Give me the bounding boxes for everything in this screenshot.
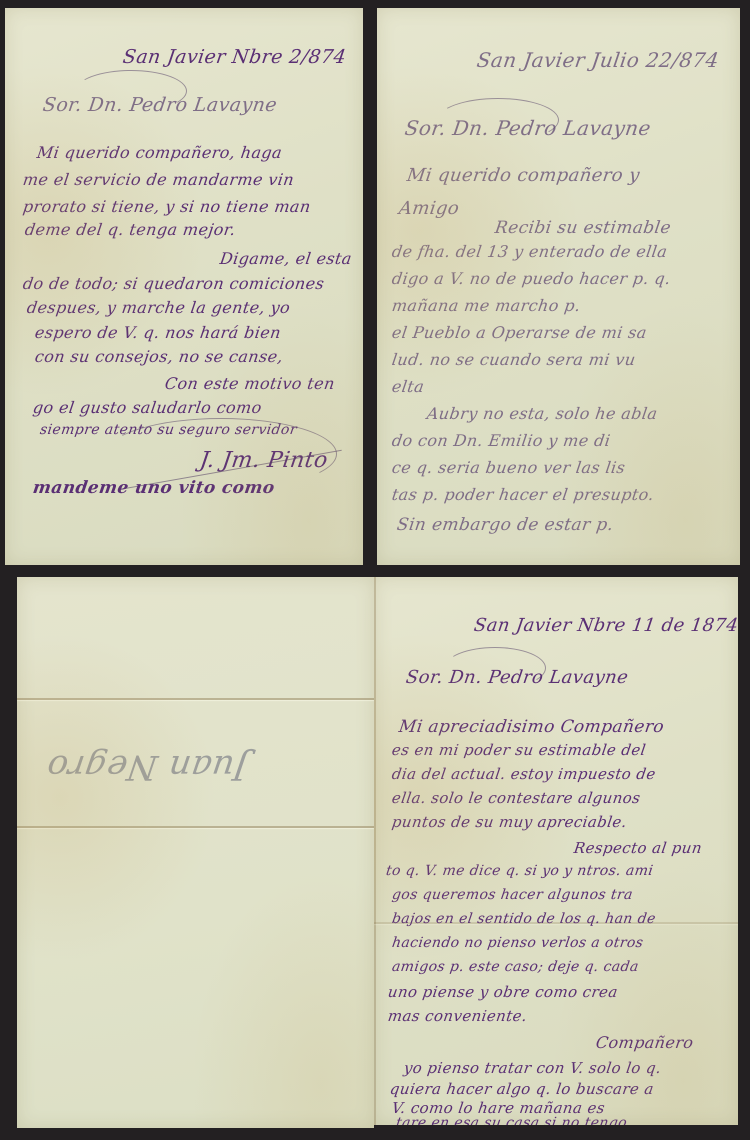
paper-fold-line	[17, 826, 374, 828]
letter-line: espero de V. q. nos hará bien	[34, 323, 283, 342]
letter-line: Con este motivo ten	[164, 374, 337, 393]
letter-line: el Pueblo a Operarse de mi sa	[391, 323, 649, 342]
letter-line: to q. V. me dice q. si yo y ntros. ami	[385, 863, 654, 879]
paper-fold-line	[374, 577, 376, 1125]
letter-page-bottom-left-reverse: Juan Negro	[17, 577, 374, 1128]
letter-line: Compañero	[595, 1033, 695, 1052]
letter-line: Aubry no esta, solo he abla	[426, 404, 659, 423]
letter-line: do con Dn. Emilio y me di	[391, 431, 612, 450]
letter-line: dia del actual. estoy impuesto de	[391, 765, 657, 783]
flourish-decoration	[75, 70, 187, 112]
letter-line: digo a V. no de puedo hacer p. q.	[391, 269, 672, 288]
letter-line: tare en esa su casa si no tengo	[395, 1115, 628, 1125]
letter-line: uno piense y obre como crea	[387, 983, 619, 1001]
pencil-inscription: Juan Negro	[44, 747, 250, 787]
letter-line: mas conveniente.	[387, 1007, 529, 1025]
letter-line: tas p. poder hacer el presupto.	[391, 485, 656, 504]
letter-date-heading: San Javier Julio 22/874	[475, 48, 720, 72]
letter-line: de fha. del 13 y enterado de ella	[391, 242, 669, 261]
letter-line: Mi querido compañero y	[406, 165, 642, 186]
letter-line: gos queremos hacer algunos tra	[391, 887, 634, 903]
letter-date-heading: San Javier Nbre 11 de 1874	[473, 615, 738, 636]
letter-line: Sin embargo de estar p.	[396, 515, 615, 535]
letter-line: quiera hacer algo q. lo buscare a	[389, 1080, 655, 1098]
letter-date-heading: San Javier Nbre 2/874	[121, 46, 347, 68]
letter-line: bajos en el sentido de los q. han de	[391, 911, 657, 927]
letter-line: elta	[391, 377, 426, 396]
letter-line: prorato si tiene, y si no tiene man	[22, 197, 312, 216]
letter-line: despues, y marche la gente, yo	[26, 298, 292, 317]
letter-line: Digame, el esta	[219, 249, 354, 268]
letter-line: haciendo no pienso verlos a otros	[391, 935, 645, 951]
letter-line: amigos p. este caso; deje q. cada	[391, 959, 640, 975]
flourish-decoration	[437, 98, 559, 142]
letter-postscript: mandeme uno vito como	[32, 478, 276, 498]
letter-line: me el servicio de mandarme vin	[22, 170, 296, 189]
letter-page-top-left: San Javier Nbre 2/874 Sor. Dn. Pedro Lav…	[5, 8, 363, 565]
paper-fold-line	[17, 698, 374, 700]
letter-line: do de todo; si quedaron comiciones	[22, 274, 326, 293]
letter-page-top-right: San Javier Julio 22/874 Sor. Dn. Pedro L…	[377, 8, 740, 565]
flourish-decoration	[444, 647, 546, 689]
letter-line: Respecto al pun	[573, 839, 704, 857]
letter-line: ella. solo le contestare algunos	[391, 789, 642, 807]
letter-line: deme del q. tenga mejor.	[24, 220, 237, 239]
letter-line: ce q. seria bueno ver las lis	[391, 458, 627, 477]
letter-line: puntos de su muy apreciable.	[391, 813, 628, 831]
letter-line: Mi apreciadisimo Compañero	[398, 717, 666, 737]
letter-line: Recibi su estimable	[494, 218, 673, 238]
letter-page-bottom-right: San Javier Nbre 11 de 1874 Sor. Dn. Pedr…	[374, 577, 738, 1125]
signature: J. Jm. Pinto	[198, 448, 329, 473]
letter-line: mañana me marcho p.	[391, 296, 582, 315]
letter-line: Amigo	[398, 198, 461, 219]
letter-line: con su consejos, no se canse,	[34, 347, 285, 366]
letter-line: Mi querido compañero, haga	[36, 143, 284, 162]
letter-line: yo pienso tratar con V. solo lo q.	[403, 1059, 663, 1077]
letter-line: lud. no se cuando sera mi vu	[391, 350, 637, 369]
letter-line: go el gusto saludarlo como	[32, 398, 263, 417]
letter-line: es en mi poder su estimable del	[391, 741, 647, 759]
